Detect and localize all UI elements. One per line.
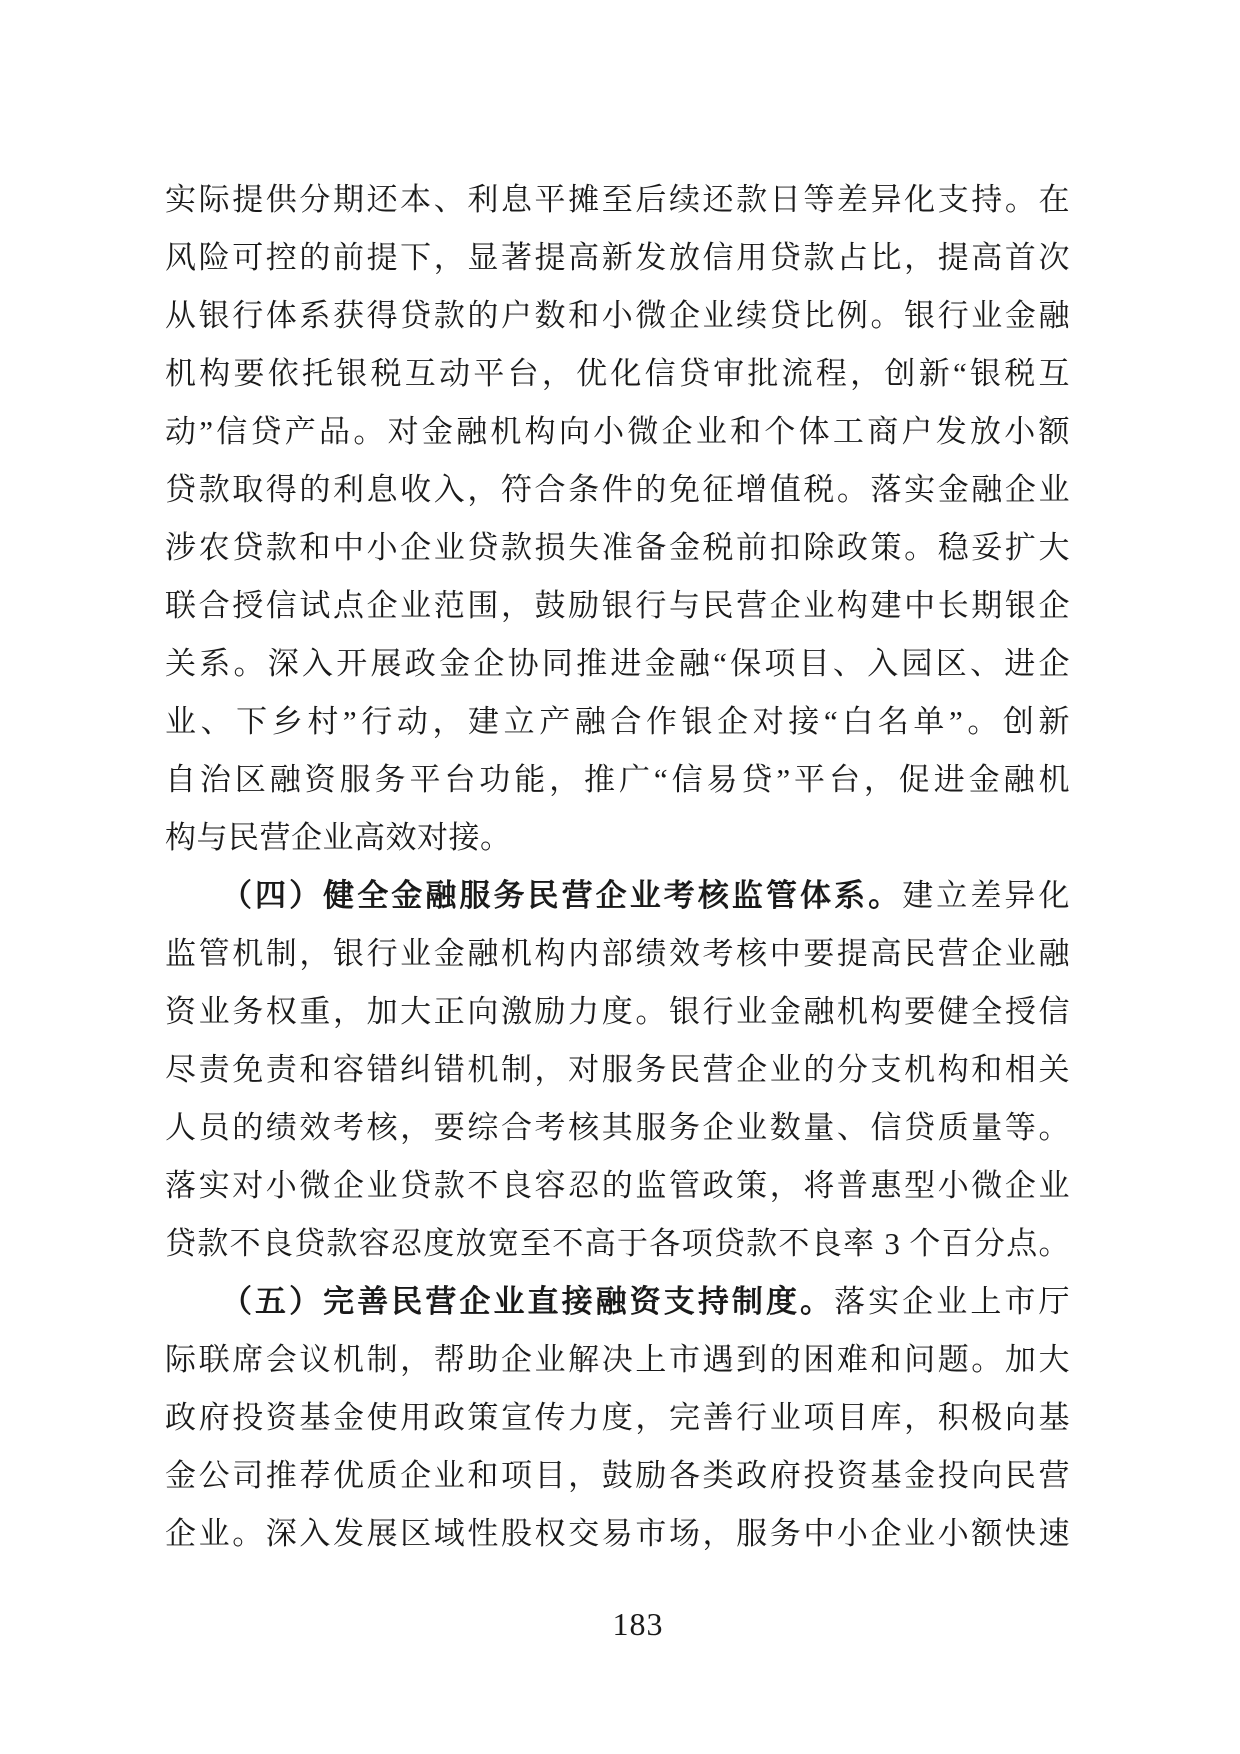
- text-line: （四）健全金融服务民营企业考核监管体系。建立差异化: [165, 867, 1070, 925]
- body-text: 机构要依托银税互动平台，优化信贷审批流程，创新“银税互: [165, 356, 1070, 391]
- text-line: 关系。深入开展政金企协同推进金融“保项目、入园区、进企: [165, 635, 1070, 693]
- document-page: 实际提供分期还本、利息平摊至后续还款日等差异化支持。在风险可控的前提下，显著提高…: [0, 0, 1240, 1754]
- text-line: 机构要依托银税互动平台，优化信贷审批流程，创新“银税互: [165, 345, 1070, 403]
- body-text: 实际提供分期还本、利息平摊至后续还款日等差异化支持。在: [165, 182, 1070, 217]
- text-line: 金公司推荐优质企业和项目，鼓励各类政府投资基金投向民营: [165, 1447, 1070, 1505]
- body-text: 尽责免责和容错纠错机制，对服务民营企业的分支机构和相关: [165, 1052, 1070, 1087]
- text-line: 人员的绩效考核，要综合考核其服务企业数量、信贷质量等。: [165, 1099, 1070, 1157]
- body-text: 监管机制，银行业金融机构内部绩效考核中要提高民营企业融: [165, 936, 1070, 971]
- body-text: 贷款取得的利息收入，符合条件的免征增值税。落实金融企业: [165, 472, 1070, 507]
- body-text: 关系。深入开展政金企协同推进金融“保项目、入园区、进企: [165, 646, 1070, 681]
- body-text: 贷款不良贷款容忍度放宽至不高于各项贷款不良率 3 个百分点。: [165, 1226, 1070, 1261]
- text-line: 贷款取得的利息收入，符合条件的免征增值税。落实金融企业: [165, 461, 1070, 519]
- text-line: 业、下乡村”行动，建立产融合作银企对接“白名单”。创新: [165, 693, 1070, 751]
- body-text: 风险可控的前提下，显著提高新发放信用贷款占比，提高首次: [165, 240, 1070, 275]
- text-line: 际联席会议机制，帮助企业解决上市遇到的困难和问题。加大: [165, 1331, 1070, 1389]
- text-line: 政府投资基金使用政策宣传力度，完善行业项目库，积极向基: [165, 1389, 1070, 1447]
- body-text: 动”信贷产品。对金融机构向小微企业和个体工商户发放小额: [165, 414, 1070, 449]
- body-text: 建立差异化: [902, 878, 1070, 913]
- body-text: 资业务权重，加大正向激励力度。银行业金融机构要健全授信: [165, 994, 1070, 1029]
- text-line: 风险可控的前提下，显著提高新发放信用贷款占比，提高首次: [165, 229, 1070, 287]
- body-text: 落实对小微企业贷款不良容忍的监管政策，将普惠型小微企业: [165, 1168, 1070, 1203]
- body-text: 涉农贷款和中小企业贷款损失准备金税前扣除政策。稳妥扩大: [165, 530, 1070, 565]
- body-text: 构与民营企业高效对接。: [165, 820, 512, 855]
- text-line: 落实对小微企业贷款不良容忍的监管政策，将普惠型小微企业: [165, 1157, 1070, 1215]
- text-line: 贷款不良贷款容忍度放宽至不高于各项贷款不良率 3 个百分点。: [165, 1215, 1070, 1273]
- text-line: （五）完善民营企业直接融资支持制度。落实企业上市厅: [165, 1273, 1070, 1331]
- section-heading: （四）健全金融服务民营企业考核监管体系。: [221, 878, 902, 913]
- text-line: 联合授信试点企业范围，鼓励银行与民营企业构建中长期银企: [165, 577, 1070, 635]
- body-text: 人员的绩效考核，要综合考核其服务企业数量、信贷质量等。: [165, 1110, 1070, 1145]
- body-text: 政府投资基金使用政策宣传力度，完善行业项目库，积极向基: [165, 1400, 1070, 1435]
- body-text: 自治区融资服务平台功能，推广“信易贷”平台，促进金融机: [165, 762, 1070, 797]
- text-line: 构与民营企业高效对接。: [165, 809, 1070, 867]
- body-text: 落实企业上市厅: [834, 1284, 1070, 1319]
- body-text: 联合授信试点企业范围，鼓励银行与民营企业构建中长期银企: [165, 588, 1070, 623]
- text-line: 动”信贷产品。对金融机构向小微企业和个体工商户发放小额: [165, 403, 1070, 461]
- body-text: 际联席会议机制，帮助企业解决上市遇到的困难和问题。加大: [165, 1342, 1070, 1377]
- text-line: 企业。深入发展区域性股权交易市场，服务中小企业小额快速: [165, 1505, 1070, 1563]
- section-heading: （五）完善民营企业直接融资支持制度。: [221, 1284, 834, 1319]
- page-number: 183: [613, 1606, 664, 1642]
- text-line: 实际提供分期还本、利息平摊至后续还款日等差异化支持。在: [165, 171, 1070, 229]
- body-text: 金公司推荐优质企业和项目，鼓励各类政府投资基金投向民营: [165, 1458, 1070, 1493]
- body-text: 从银行体系获得贷款的户数和小微企业续贷比例。银行业金融: [165, 298, 1070, 333]
- text-line: 尽责免责和容错纠错机制，对服务民营企业的分支机构和相关: [165, 1041, 1070, 1099]
- text-line: 资业务权重，加大正向激励力度。银行业金融机构要健全授信: [165, 983, 1070, 1041]
- text-line: 涉农贷款和中小企业贷款损失准备金税前扣除政策。稳妥扩大: [165, 519, 1070, 577]
- text-line: 监管机制，银行业金融机构内部绩效考核中要提高民营企业融: [165, 925, 1070, 983]
- text-line: 自治区融资服务平台功能，推广“信易贷”平台，促进金融机: [165, 751, 1070, 809]
- text-line: 从银行体系获得贷款的户数和小微企业续贷比例。银行业金融: [165, 287, 1070, 345]
- text-column: 实际提供分期还本、利息平摊至后续还款日等差异化支持。在风险可控的前提下，显著提高…: [165, 171, 1070, 1563]
- body-text: 业、下乡村”行动，建立产融合作银企对接“白名单”。创新: [165, 704, 1070, 739]
- body-text: 企业。深入发展区域性股权交易市场，服务中小企业小额快速: [165, 1516, 1070, 1551]
